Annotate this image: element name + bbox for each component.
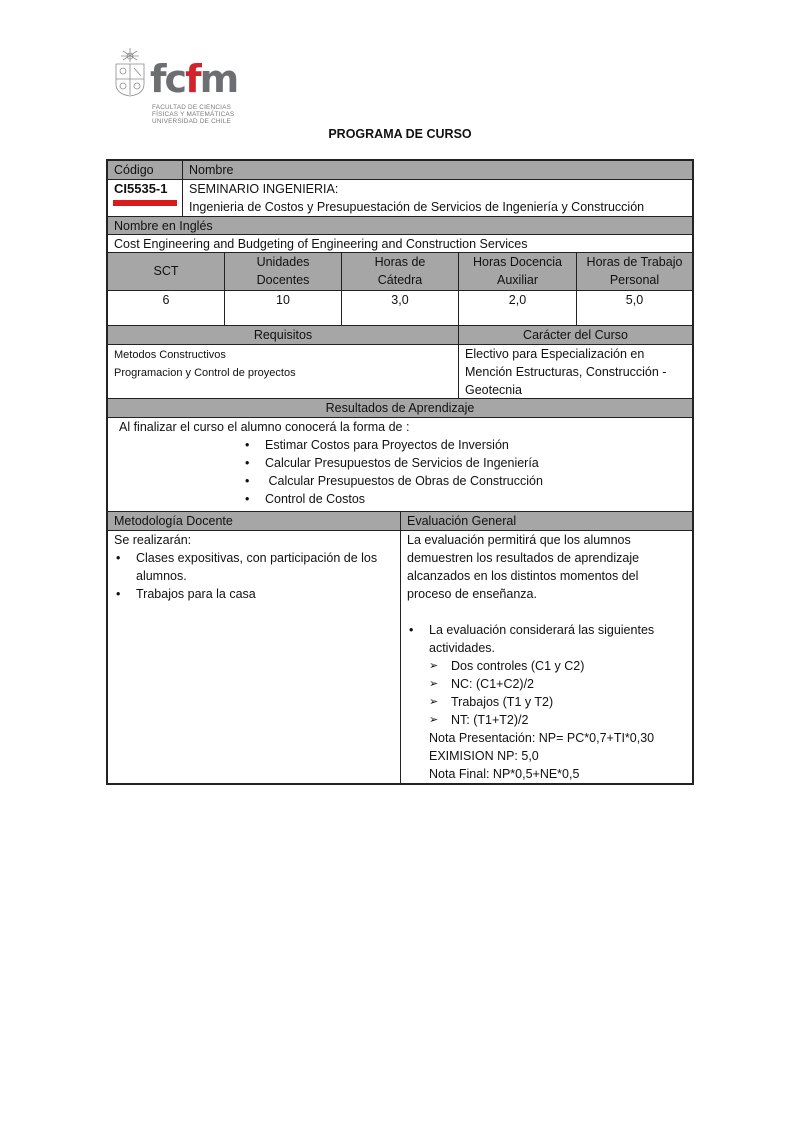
outcome-item: Calcular Presupuestos de Obras de Constr… bbox=[241, 472, 686, 490]
code-header: Código bbox=[107, 160, 183, 180]
hours-value-unidades: 10 bbox=[224, 290, 342, 326]
english-name-header: Nombre en Inglés bbox=[107, 216, 693, 235]
evaluation-note: EXIMISION NP: 5,0 bbox=[429, 747, 686, 765]
hours-value-catedra: 3,0 bbox=[341, 290, 459, 326]
evaluation-activity: NC: (C1+C2)/2 bbox=[429, 675, 686, 693]
fcfm-wordmark: fcfm bbox=[150, 60, 237, 98]
course-name-line2: Ingenieria de Costos y Presupuestación d… bbox=[189, 198, 686, 216]
course-name-cell: SEMINARIO INGENIERIA: Ingenieria de Cost… bbox=[182, 179, 693, 217]
requirements-header: Requisitos bbox=[107, 325, 459, 345]
course-code-cell: CI5535-1 bbox=[107, 179, 183, 217]
outcomes-header: Resultados de Aprendizaje bbox=[107, 398, 693, 418]
evaluation-content: La evaluación permitirá que los alumnos … bbox=[400, 530, 693, 785]
hours-value-personal: 5,0 bbox=[576, 290, 693, 326]
character-header: Carácter del Curso bbox=[458, 325, 693, 345]
outcome-item: Control de Costos bbox=[241, 490, 686, 508]
evaluation-activity: Dos controles (C1 y C2) bbox=[429, 657, 686, 675]
methodology-item: Clases expositivas, con participación de… bbox=[112, 549, 394, 585]
methodology-item: Trabajos para la casa bbox=[112, 585, 394, 603]
name-header: Nombre bbox=[182, 160, 693, 180]
evaluation-note: Nota Presentación: NP= PC*0,7+TI*0,30 bbox=[429, 729, 686, 747]
hours-header-personal: Horas de TrabajoPersonal bbox=[576, 252, 693, 291]
course-code: CI5535-1 bbox=[114, 181, 167, 196]
requirement-item: Metodos Constructivos bbox=[114, 346, 452, 364]
fcfm-logo: fcfm FACULTAD DE CIENCIAS FÍSICAS Y MATE… bbox=[112, 46, 242, 132]
methodology-intro: Se realizarán: bbox=[114, 531, 394, 549]
requirement-item: Programacion y Control de proyectos bbox=[114, 364, 452, 382]
character-content: Electivo para Especialización en Mención… bbox=[458, 344, 693, 399]
course-name-line1: SEMINARIO INGENIERIA: bbox=[189, 180, 686, 198]
code-underline bbox=[113, 200, 177, 206]
page-title: PROGRAMA DE CURSO bbox=[0, 127, 800, 141]
hours-value-auxiliar: 2,0 bbox=[458, 290, 577, 326]
hours-header-auxiliar: Horas DocenciaAuxiliar bbox=[458, 252, 577, 291]
evaluation-paragraph: La evaluación permitirá que los alumnos … bbox=[407, 531, 686, 603]
evaluation-activity: Trabajos (T1 y T2) bbox=[429, 693, 686, 711]
outcomes-content: Al finalizar el curso el alumno conocerá… bbox=[107, 417, 693, 512]
hours-value-sct: 6 bbox=[107, 290, 225, 326]
evaluation-header: Evaluación General bbox=[400, 511, 693, 531]
requirements-content: Metodos Constructivos Programacion y Con… bbox=[107, 344, 459, 399]
methodology-content: Se realizarán: Clases expositivas, con p… bbox=[107, 530, 401, 785]
outcome-item: Estimar Costos para Proyectos de Inversi… bbox=[241, 436, 686, 454]
hours-header-catedra: Horas deCátedra bbox=[341, 252, 459, 291]
faculty-name: FACULTAD DE CIENCIAS FÍSICAS Y MATEMÁTIC… bbox=[152, 104, 234, 125]
evaluation-activity: NT: (T1+T2)/2 bbox=[429, 711, 686, 729]
hours-header-unidades: UnidadesDocentes bbox=[224, 252, 342, 291]
english-name: Cost Engineering and Budgeting of Engine… bbox=[107, 234, 693, 253]
evaluation-bullet: La evaluación considerará las siguientes… bbox=[405, 621, 686, 783]
hours-header-sct: SCT bbox=[107, 252, 225, 291]
evaluation-note: Nota Final: NP*0,5+NE*0,5 bbox=[429, 765, 686, 783]
outcome-item: Calcular Presupuestos de Servicios de In… bbox=[241, 454, 686, 472]
methodology-header: Metodología Docente bbox=[107, 511, 401, 531]
outcomes-intro: Al finalizar el curso el alumno conocerá… bbox=[119, 418, 686, 436]
university-crest-icon bbox=[114, 46, 146, 98]
